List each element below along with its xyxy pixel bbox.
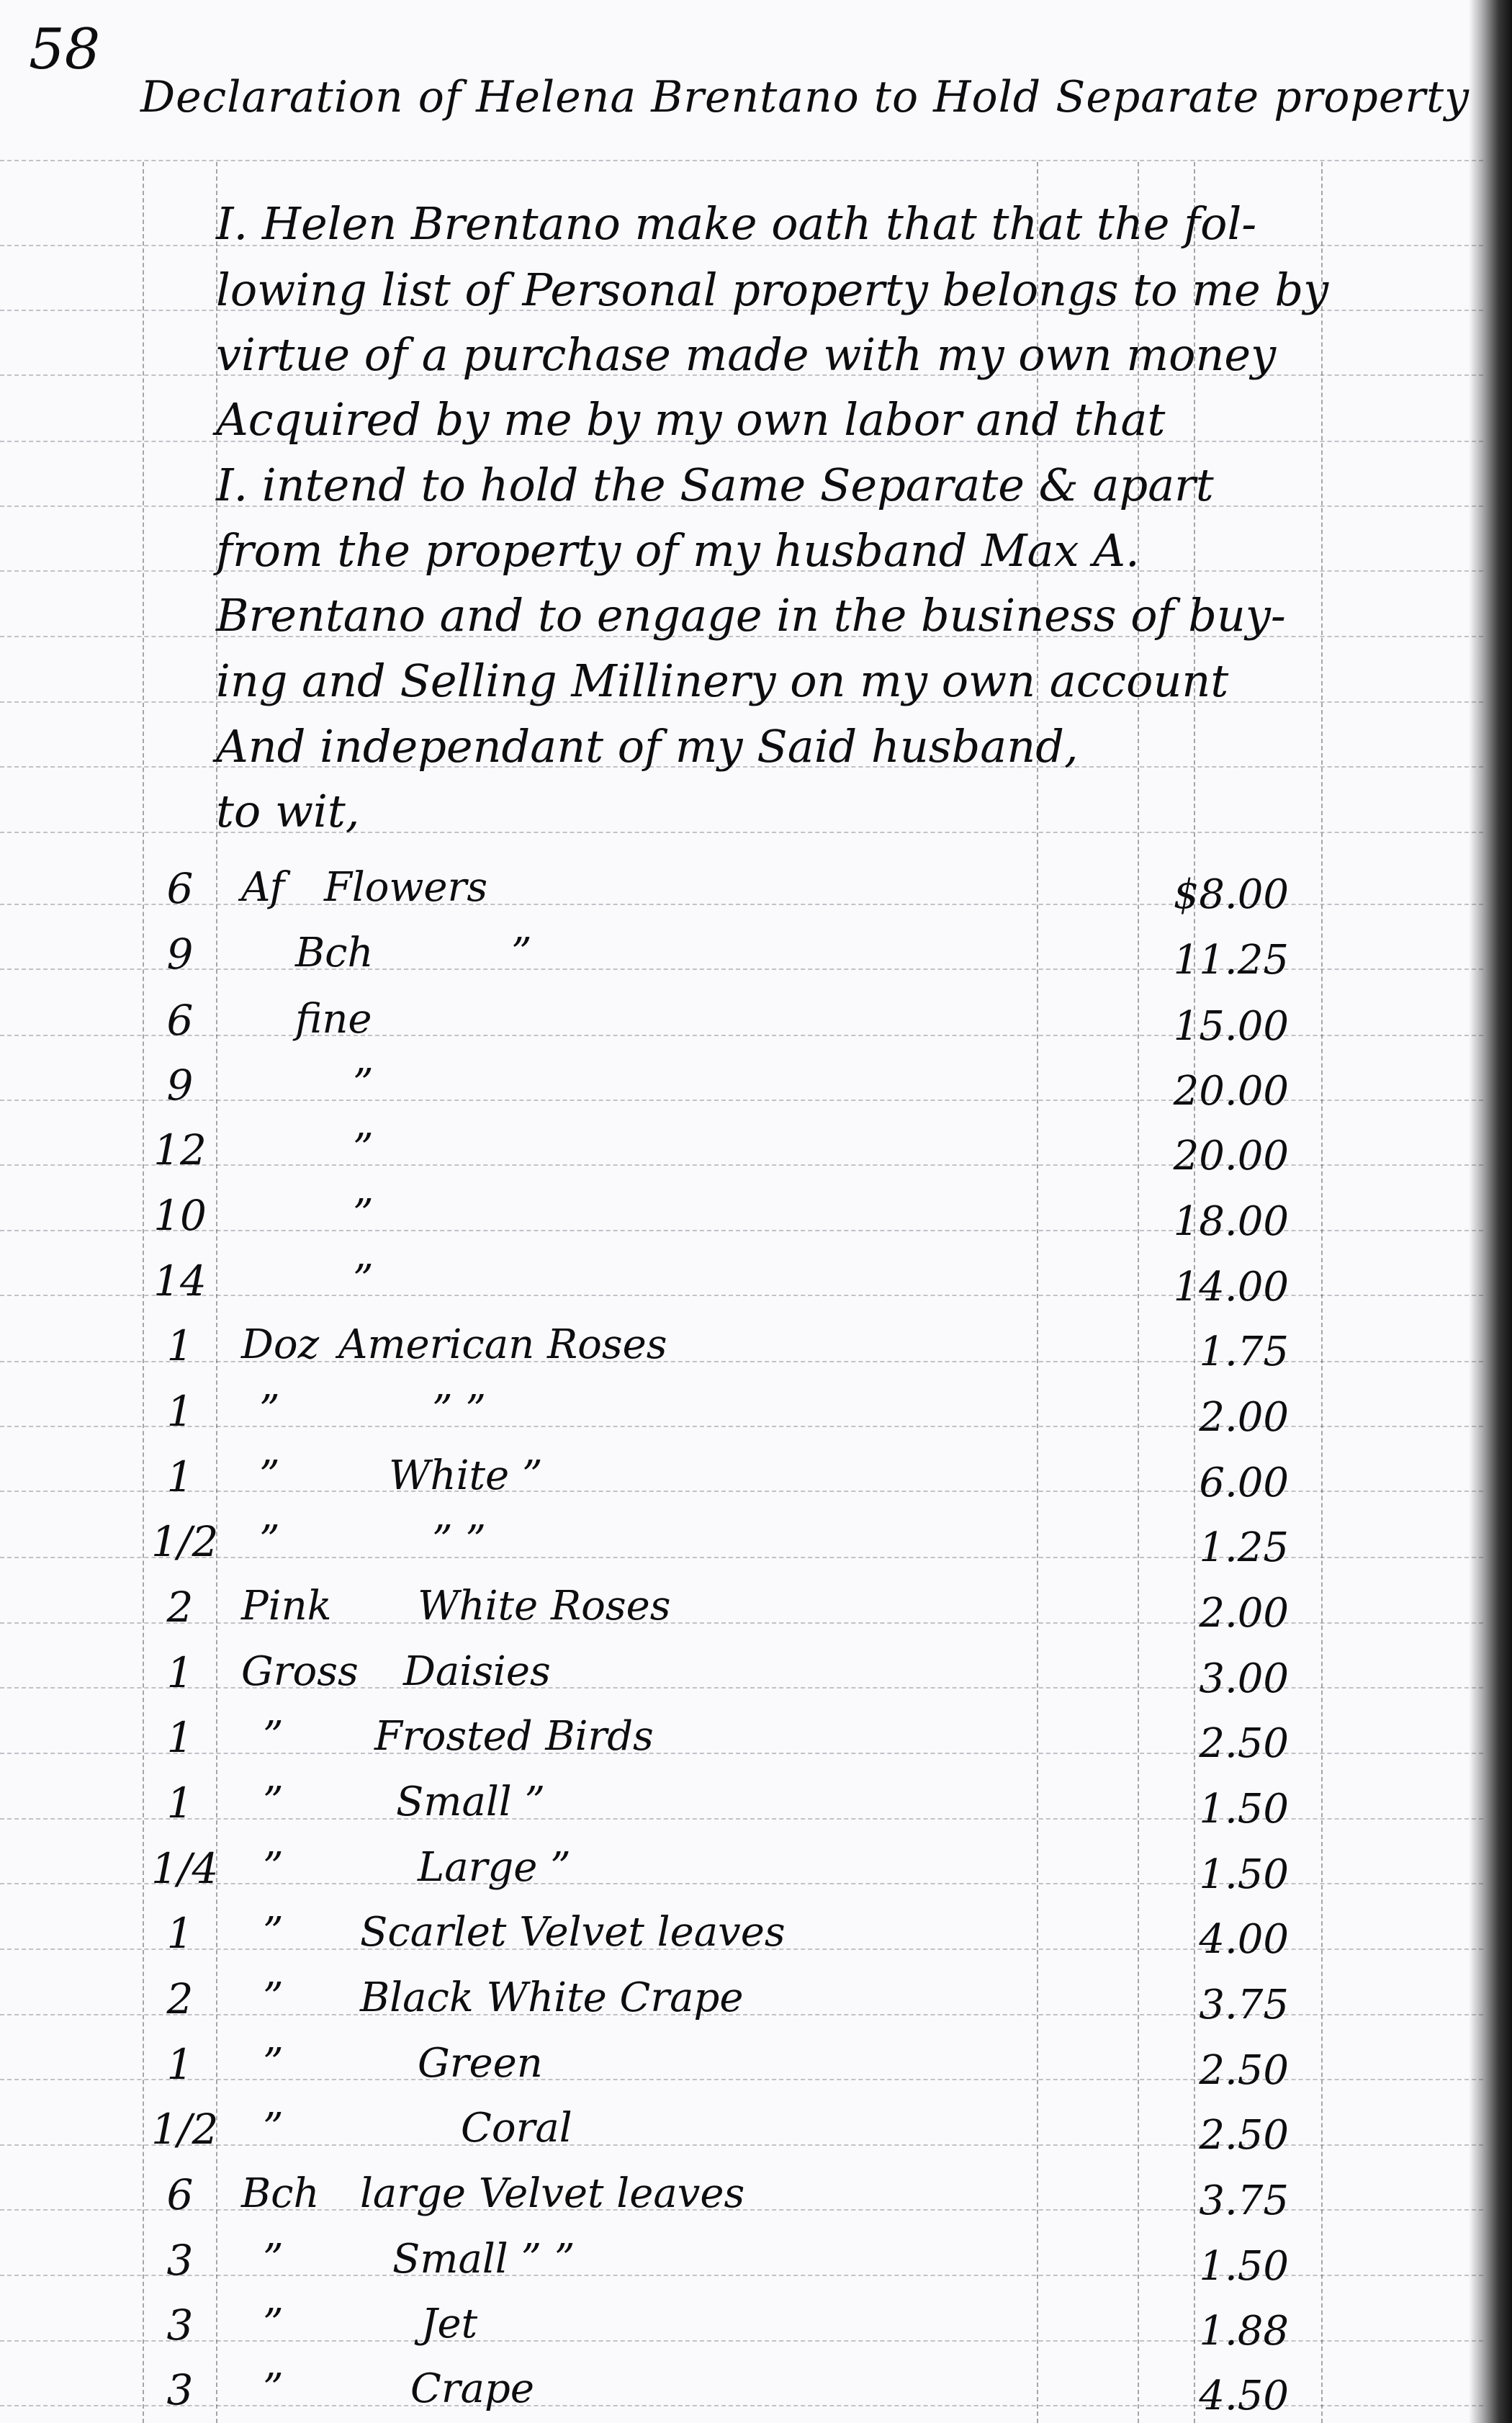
item-unit: ”	[263, 2108, 284, 2149]
item-amount: 2.50	[1058, 2051, 1289, 2091]
item-unit: ”	[259, 1390, 280, 1431]
item-unit: ”	[263, 1782, 284, 1822]
item-desc: ”	[353, 1195, 374, 1235]
item-desc: Black White Crape	[360, 1978, 744, 2018]
item-unit: ”	[263, 2044, 284, 2084]
item-unit: ”	[259, 1521, 280, 1561]
item-amount: 20.00	[1058, 1136, 1289, 1177]
item-desc: Small ” ”	[392, 2239, 575, 2280]
item-amount: 11.25	[1058, 940, 1289, 981]
item-unit: Bch	[241, 2174, 320, 2214]
item-qty: 3	[151, 2239, 209, 2281]
item-amount: 18.00	[1058, 1202, 1289, 1242]
item-qty: 1	[151, 1782, 209, 1824]
item-amount: 14.00	[1058, 1267, 1289, 1308]
item-desc: ”	[353, 1064, 374, 1105]
body-line: from the property of my husband Max A.	[216, 529, 1140, 573]
item-qty: 1/2	[151, 1521, 209, 1563]
item-unit: ”	[263, 2239, 284, 2280]
item-qty: 14	[151, 1260, 209, 1302]
body-line: lowing list of Personal property belongs…	[216, 268, 1328, 313]
item-desc: American Roses	[338, 1325, 667, 1365]
item-desc: large Velvet leaves	[360, 2174, 744, 2214]
item-amount: 6.00	[1058, 1463, 1289, 1503]
item-qty: 1/4	[151, 1848, 209, 1889]
body-line: I. Helen Brentano make oath that that th…	[216, 202, 1256, 246]
item-amount: 1.50	[1058, 2247, 1289, 2287]
body-line: Brentano and to engage in the business o…	[216, 593, 1286, 638]
item-desc: Daisies	[403, 1652, 551, 1692]
body-line: I. intend to hold the Same Separate & ap…	[216, 463, 1214, 508]
item-desc: ” ”	[432, 1390, 486, 1431]
item-unit: ”	[263, 2369, 284, 2409]
item-unit: Pink	[241, 1586, 332, 1627]
item-desc: White Roses	[418, 1586, 670, 1627]
item-amount: $8.00	[1058, 875, 1289, 915]
item-amount: 3.75	[1058, 2181, 1289, 2221]
book-binding-shadow	[1469, 0, 1512, 2423]
item-amount: 3.00	[1058, 1659, 1289, 1699]
body-line: ing and Selling Millinery on my own acco…	[216, 659, 1228, 703]
item-unit: ”	[263, 1978, 284, 2018]
item-amount: 2.50	[1058, 2116, 1289, 2156]
item-qty: 6	[151, 2174, 209, 2216]
body-line: to wit,	[216, 789, 359, 834]
item-unit: Af	[241, 868, 284, 908]
page-number: 58	[29, 22, 100, 78]
item-desc: Crape	[410, 2369, 534, 2409]
item-qty: 3	[151, 2369, 209, 2411]
item-qty: 1/2	[151, 2108, 209, 2150]
ledger-rule	[0, 160, 1483, 161]
item-qty: 1	[151, 1390, 209, 1432]
item-desc: ”	[353, 1260, 374, 1300]
item-qty: 12	[151, 1129, 209, 1171]
item-desc: ”	[511, 933, 532, 974]
item-desc: Coral	[461, 2108, 572, 2149]
item-amount: 3.75	[1058, 1985, 1289, 2026]
item-amount: 4.00	[1058, 1920, 1289, 1960]
item-qty: 1	[151, 1456, 209, 1498]
item-qty: 3	[151, 2304, 209, 2346]
item-unit: ”	[263, 1848, 284, 1888]
item-desc: Small ”	[396, 1782, 545, 1822]
item-unit: Bch	[295, 933, 374, 974]
item-unit: ”	[259, 1456, 280, 1496]
item-qty: 1	[151, 1325, 209, 1367]
item-desc: fine	[295, 999, 372, 1040]
item-qty: 1	[151, 1912, 209, 1954]
body-line: virtue of a purchase made with my own mo…	[216, 333, 1276, 377]
item-qty: 2	[151, 1978, 209, 2020]
item-amount: 1.88	[1058, 2311, 1289, 2352]
item-amount: 1.50	[1058, 1855, 1289, 1895]
item-desc: ”	[353, 1129, 374, 1169]
extra-column-rule	[1321, 162, 1323, 2423]
item-qty: 2	[151, 1586, 209, 1628]
item-unit: ”	[263, 1717, 284, 1757]
item-qty: 1	[151, 1652, 209, 1694]
item-amount: 4.50	[1058, 2376, 1289, 2417]
item-unit: Gross	[241, 1652, 359, 1692]
ledger-page: 58 Declaration of Helena Brentano to Hol…	[0, 0, 1512, 2423]
item-desc: Frosted Birds	[374, 1717, 654, 1757]
item-unit: ”	[263, 2304, 284, 2345]
item-amount: 2.00	[1058, 1398, 1289, 1438]
item-qty: 6	[151, 868, 209, 909]
item-desc: Green	[418, 2044, 543, 2084]
item-qty: 10	[151, 1195, 209, 1236]
body-line: Acquired by me by my own labor and that	[216, 397, 1165, 442]
item-amount: 1.25	[1058, 1528, 1289, 1568]
item-qty: 9	[151, 1064, 209, 1106]
margin-rule	[143, 162, 144, 2423]
item-desc: ” ”	[432, 1521, 486, 1561]
item-desc: Flowers	[324, 868, 487, 908]
item-qty: 1	[151, 1717, 209, 1758]
item-qty: 9	[151, 933, 209, 975]
item-amount: 20.00	[1058, 1071, 1289, 1112]
item-amount: 2.00	[1058, 1593, 1289, 1634]
item-desc: Jet	[421, 2304, 477, 2345]
item-qty: 6	[151, 999, 209, 1041]
page-title: Declaration of Helena Brentano to Hold S…	[140, 76, 1470, 119]
item-desc: Large ”	[418, 1848, 571, 1888]
item-qty: 1	[151, 2044, 209, 2085]
item-amount: 1.75	[1058, 1332, 1289, 1372]
item-desc: White ”	[389, 1456, 543, 1496]
item-desc: Scarlet Velvet leaves	[360, 1912, 786, 1953]
item-amount: 1.50	[1058, 1789, 1289, 1830]
item-unit: Doz	[241, 1325, 319, 1365]
body-line: And independant of my Said husband,	[216, 724, 1079, 769]
item-unit: ”	[263, 1912, 284, 1953]
item-amount: 15.00	[1058, 1007, 1289, 1047]
item-amount: 2.50	[1058, 1724, 1289, 1764]
